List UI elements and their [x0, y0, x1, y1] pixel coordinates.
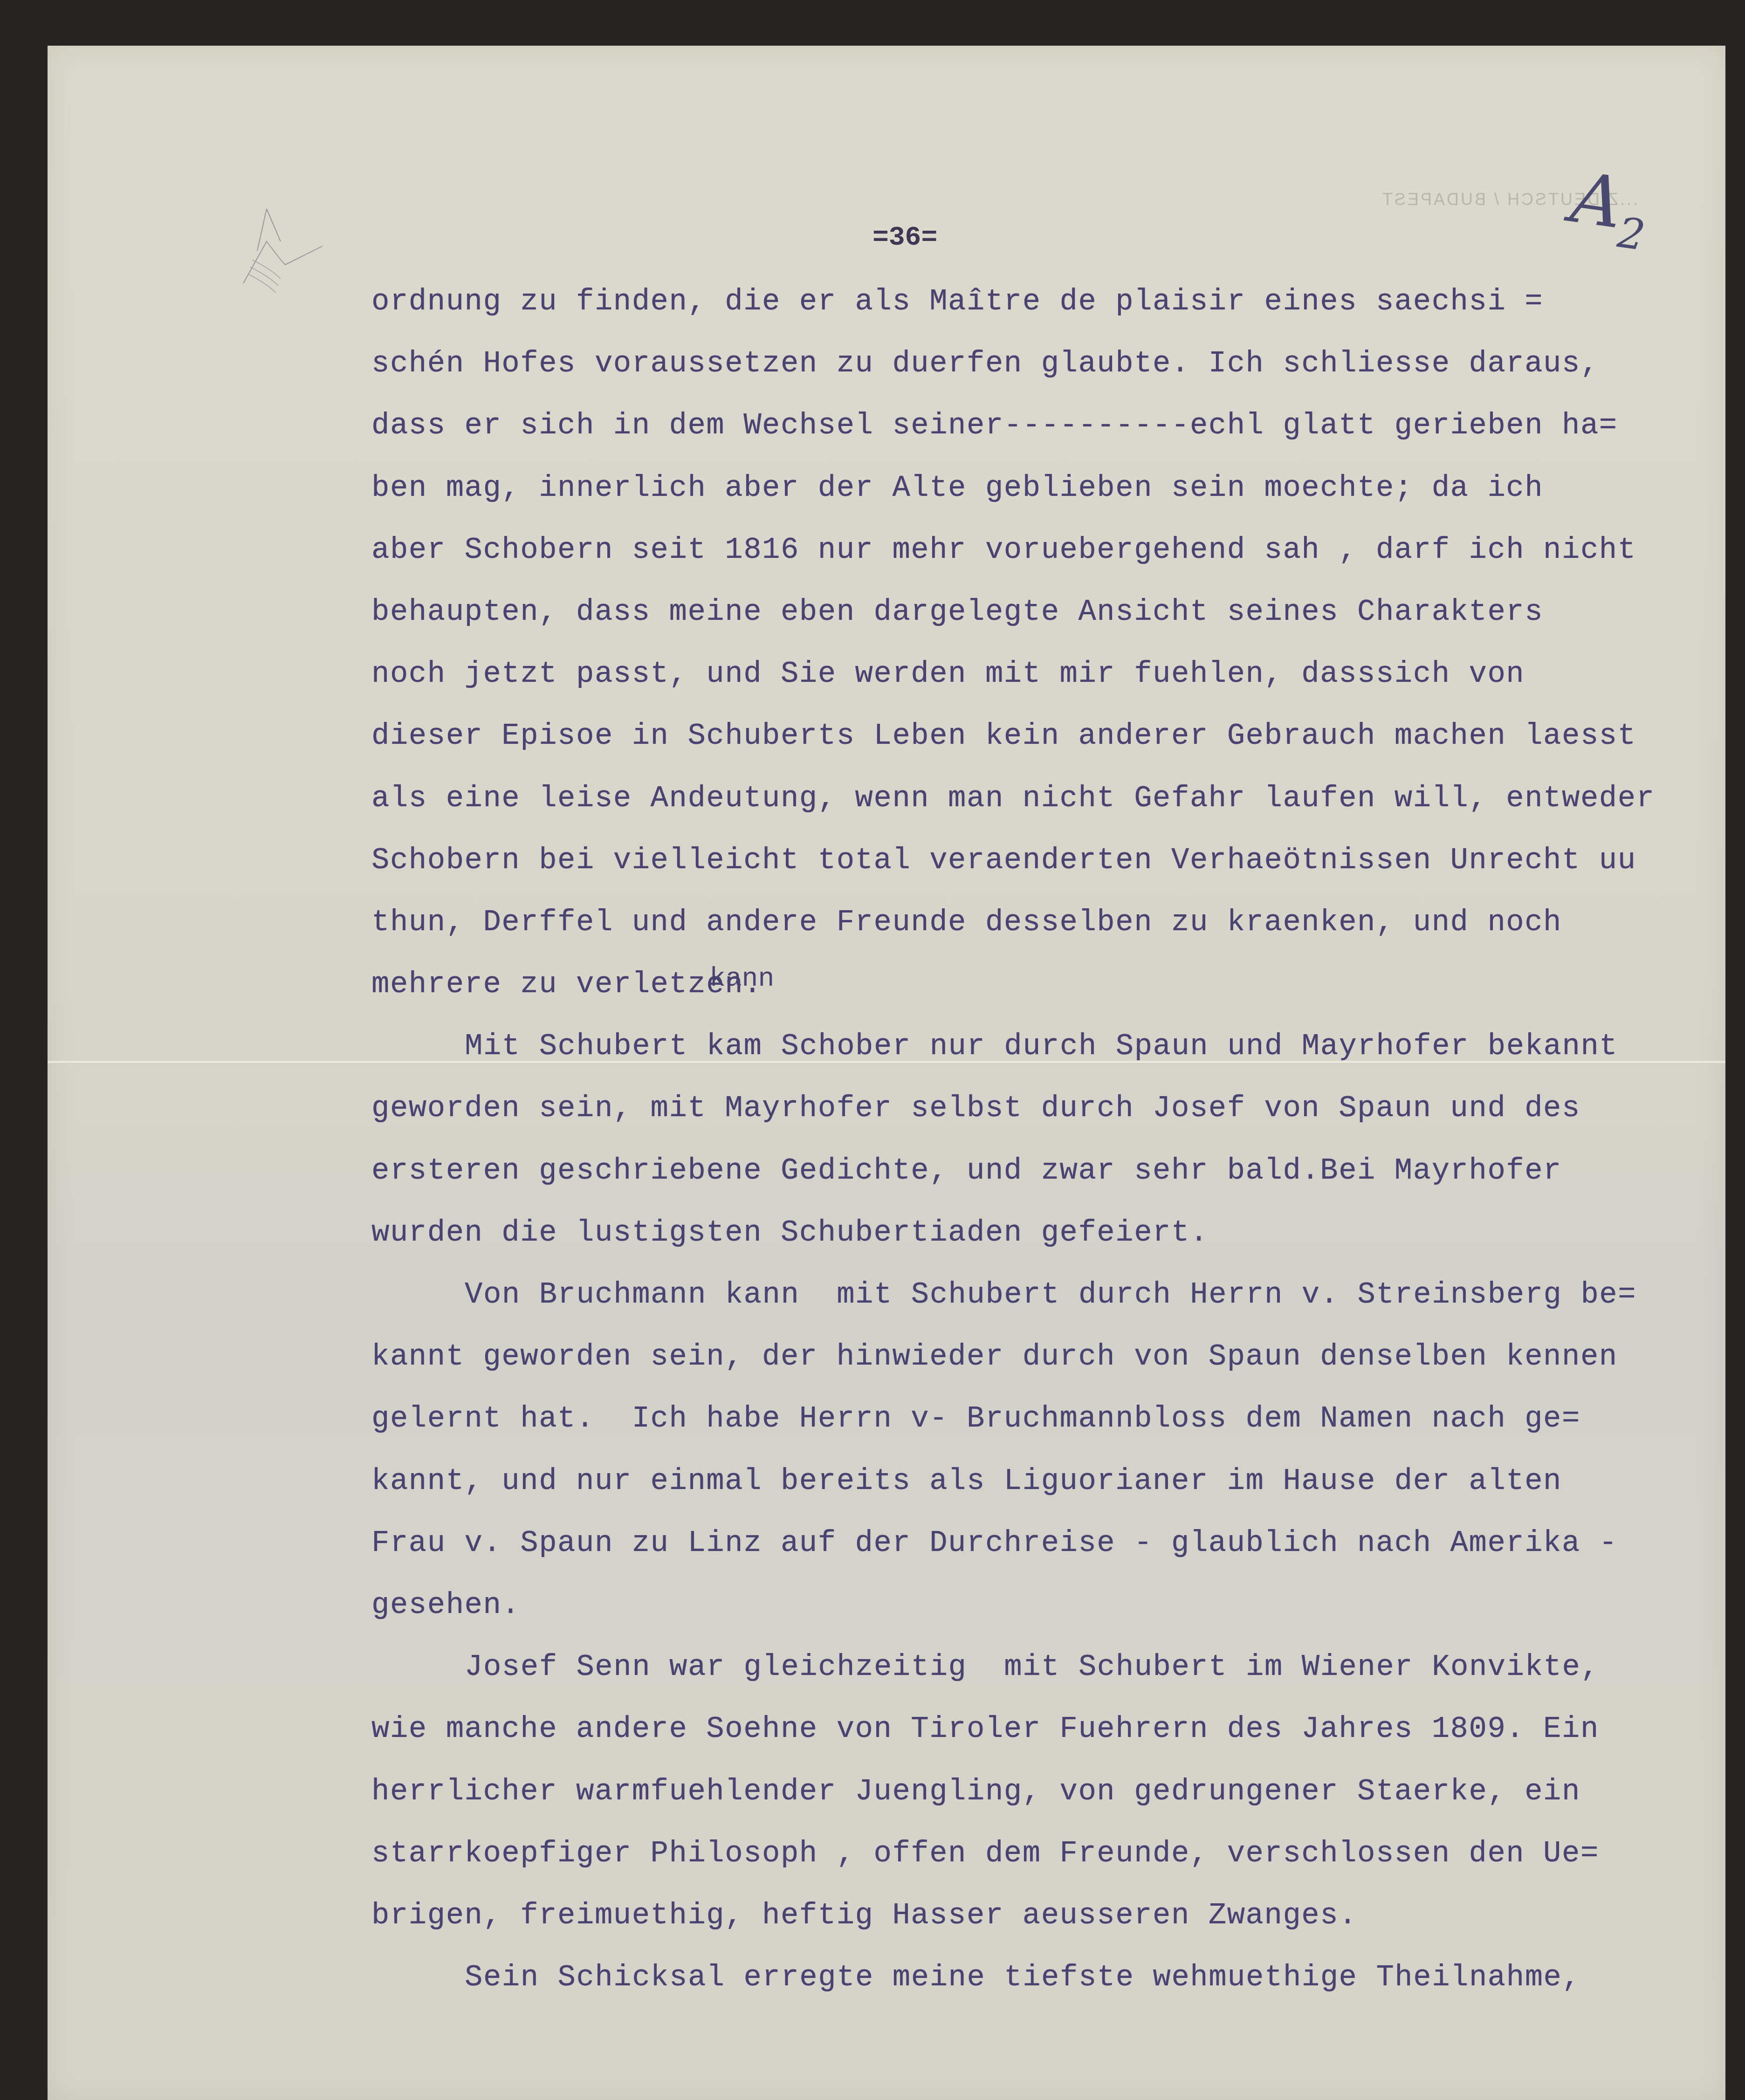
page-number: =36= [872, 223, 937, 253]
typed-body-text: ordnung zu finden, die er als Maître de … [371, 281, 1676, 2019]
text-line: Mit Schubert kam Schober nur durch Spaun… [371, 1026, 1676, 1088]
text-line: Schobern bei vielleicht total veraendert… [371, 840, 1676, 902]
text-line: Josef Senn war gleichzeitig mit Schubert… [371, 1647, 1676, 1709]
text-line: ersteren geschriebene Gedichte, und zwar… [371, 1150, 1676, 1212]
text-line: herrlicher warmfuehlender Juengling, von… [371, 1771, 1676, 1833]
pencil-sketch-icon [201, 185, 323, 316]
text-line: Frau v. Spaun zu Linz auf der Durchreise… [371, 1523, 1676, 1585]
text-line: wurden die lustigsten Schubertiaden gefe… [371, 1212, 1676, 1274]
text-line: thun, Derffel und andere Freunde desselb… [371, 902, 1676, 964]
text-line: ben mag, innerlich aber der Alte geblieb… [371, 467, 1676, 529]
text-line: Von Bruchmann kann mit Schubert durch He… [371, 1274, 1676, 1336]
text-line: aber Schobern seit 1816 nur mehr voruebe… [371, 529, 1676, 591]
text-line: gesehen. [371, 1585, 1676, 1647]
text-line: dass er sich in dem Wechsel seiner------… [371, 405, 1676, 467]
text-line: behaupten, dass meine eben dargelegte An… [371, 591, 1676, 653]
text-line: als eine leise Andeutung, wenn man nicht… [371, 778, 1676, 840]
document-page: ...Z DEUTSCH / BUDAPEST A2 =36= kann ord… [48, 46, 1725, 2100]
text-line: starrkoepfiger Philosoph , offen dem Fre… [371, 1833, 1676, 1895]
text-line: wie manche andere Soehne von Tiroler Fue… [371, 1709, 1676, 1771]
text-line: dieser Episoe in Schuberts Leben kein an… [371, 715, 1676, 777]
text-line: Sein Schicksal erregte meine tiefste weh… [371, 1957, 1676, 2019]
text-line: kannt, und nur einmal bereits als Liguor… [371, 1461, 1676, 1523]
text-line: kannt geworden sein, der hinwieder durch… [371, 1336, 1676, 1398]
text-line: noch jetzt passt, und Sie werden mit mir… [371, 653, 1676, 715]
archive-mark: A2 [1566, 157, 1654, 248]
text-line: mehrere zu verletzen. [371, 964, 1676, 1026]
text-line: gelernt hat. Ich habe Herrn v- Bruchmann… [371, 1398, 1676, 1460]
text-line: ordnung zu finden, die er als Maître de … [371, 281, 1676, 343]
text-line: brigen, freimuethig, heftig Hasser aeuss… [371, 1895, 1676, 1957]
text-line: schén Hofes voraussetzen zu duerfen glau… [371, 343, 1676, 405]
text-line: geworden sein, mit Mayrhofer selbst durc… [371, 1088, 1676, 1150]
